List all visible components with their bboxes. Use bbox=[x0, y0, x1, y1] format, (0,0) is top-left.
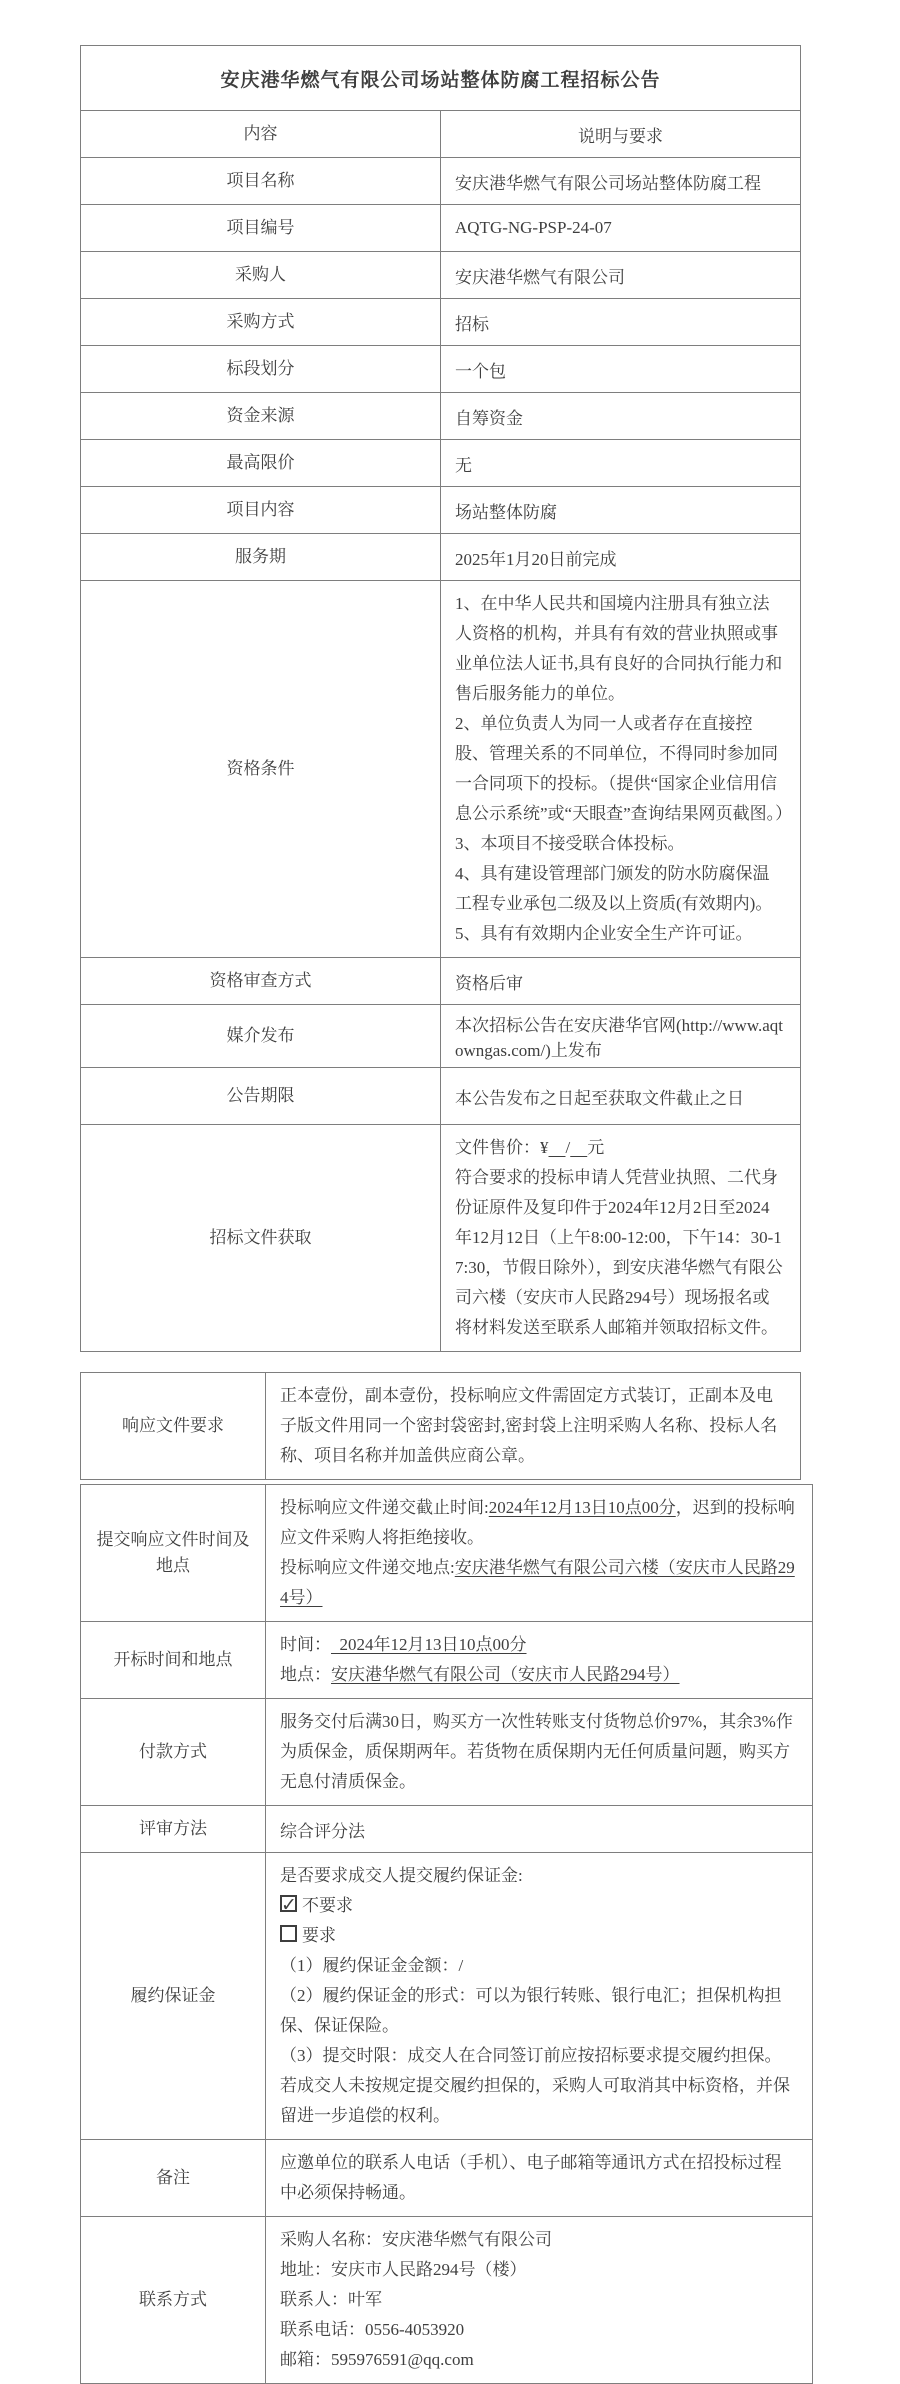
row-value: 自筹资金 bbox=[441, 393, 801, 440]
text-segment: 联系电话：0556-4053920 bbox=[280, 2320, 464, 2339]
text-segment: 是否要求成交人提交履约保证金: bbox=[280, 1866, 523, 1885]
row-label: 公告期限 bbox=[81, 1068, 441, 1125]
row-remarks: 备注 应邀单位的联系人电话（手机）、电子邮箱等通讯方式在招投标过程中必须保持畅通… bbox=[81, 2140, 813, 2217]
row-service-period: 服务期 2025年1月20日前完成 bbox=[81, 534, 801, 581]
row-contact: 联系方式 采购人名称：安庆港华燃气有限公司地址：安庆市人民路294号（楼）联系人… bbox=[81, 2217, 813, 2384]
paragraph: 文件售价：¥ / 元 bbox=[455, 1133, 786, 1163]
row-value: 时间： 2024年12月13日10点00分地点：安庆港华燃气有限公司（安庆市人民… bbox=[266, 1622, 813, 1699]
paragraph: （2）履约保证金的形式：可以为银行转账、银行电汇；担保机构担保、保证保险。 bbox=[280, 1981, 798, 2041]
text-segment: （2）履约保证金的形式：可以为银行转账、银行电汇；担保机构担保、保证保险。 bbox=[280, 1986, 782, 2035]
row-label: 采购人 bbox=[81, 252, 441, 299]
row-label: 媒介发布 bbox=[81, 1005, 441, 1068]
text-segment: 投标响应文件递交截止时间: bbox=[280, 1498, 489, 1517]
row-label: 采购方式 bbox=[81, 299, 441, 346]
paragraph: 4、具有建设管理部门颁发的防水防腐保温工程专业承包二级及以上资质(有效期内)。 bbox=[455, 859, 786, 919]
row-label: 资格条件 bbox=[81, 581, 441, 958]
row-value: 综合评分法 bbox=[266, 1806, 813, 1853]
text-segment: 1、在中华人民共和国境内注册具有独立法人资格的机构，并具有有效的营业执照或事业单… bbox=[455, 594, 782, 703]
row-label: 付款方式 bbox=[81, 1699, 266, 1806]
paragraph: 联系电话：0556-4053920 bbox=[280, 2315, 798, 2345]
text-segment: 2024年12月13日10点00分 bbox=[331, 1635, 527, 1654]
row-value: 安庆港华燃气有限公司场站整体防腐工程 bbox=[441, 158, 801, 205]
response-file-table: 响应文件要求 正本壹份，副本壹份，投标响应文件需固定方式装订，正副本及电子版文件… bbox=[80, 1372, 801, 1480]
text-segment: 文件售价：¥ bbox=[455, 1138, 549, 1157]
paragraph: 3、本项目不接受联合体投标。 bbox=[455, 829, 786, 859]
text-segment: 2、单位负责人为同一人或者存在直接控股、管理关系的不同单位，不得同时参加同一合同… bbox=[455, 714, 792, 823]
row-purchaser: 采购人 安庆港华燃气有限公司 bbox=[81, 252, 801, 299]
header-value-column: 说明与要求 bbox=[441, 111, 801, 158]
row-label: 项目编号 bbox=[81, 205, 441, 252]
row-label: 响应文件要求 bbox=[81, 1373, 266, 1480]
title-row: 安庆港华燃气有限公司场站整体防腐工程招标公告 bbox=[81, 46, 801, 111]
paragraph: 地址：安庆市人民路294号（楼） bbox=[280, 2255, 798, 2285]
row-label: 资金来源 bbox=[81, 393, 441, 440]
row-value: 本次招标公告在安庆港华官网(http://www.aqtowngas.com/)… bbox=[441, 1005, 801, 1068]
row-submission-time-place: 提交响应文件时间及地点 投标响应文件递交截止时间:2024年12月13日10点0… bbox=[81, 1485, 813, 1622]
row-label: 备注 bbox=[81, 2140, 266, 2217]
row-project-number: 项目编号 AQTG-NG-PSP-24-07 bbox=[81, 205, 801, 252]
row-lot-division: 标段划分 一个包 bbox=[81, 346, 801, 393]
row-qualification-review: 资格审查方式 资格后审 bbox=[81, 958, 801, 1005]
row-bid-opening: 开标时间和地点 时间： 2024年12月13日10点00分地点：安庆港华燃气有限… bbox=[81, 1622, 813, 1699]
row-label: 项目内容 bbox=[81, 487, 441, 534]
paragraph: （3）提交时限：成交人在合同签订前应按招标要求提交履约担保。若成交人未按规定提交… bbox=[280, 2041, 798, 2131]
text-segment: （3）提交时限：成交人在合同签订前应按招标要求提交履约担保。若成交人未按规定提交… bbox=[280, 2046, 790, 2125]
text-segment: 联系人：叶军 bbox=[280, 2290, 382, 2309]
paragraph: 联系人：叶军 bbox=[280, 2285, 798, 2315]
paragraph: 符合要求的投标申请人凭营业执照、二代身份证原件及复印件于2024年12月2日至2… bbox=[455, 1163, 786, 1343]
row-value: 2025年1月20日前完成 bbox=[441, 534, 801, 581]
row-label: 招标文件获取 bbox=[81, 1125, 441, 1352]
row-value: AQTG-NG-PSP-24-07 bbox=[441, 205, 801, 252]
document-sheet: 安庆港华燃气有限公司场站整体防腐工程招标公告 内容 说明与要求 项目名称 安庆港… bbox=[0, 0, 900, 2384]
text-segment: 元 bbox=[587, 1138, 604, 1157]
row-label: 项目名称 bbox=[81, 158, 441, 205]
row-value: 招标 bbox=[441, 299, 801, 346]
header-label-column: 内容 bbox=[81, 111, 441, 158]
row-value: 本公告发布之日起至获取文件截止之日 bbox=[441, 1068, 801, 1125]
row-value: 无 bbox=[441, 440, 801, 487]
paragraph: 地点：安庆港华燃气有限公司（安庆市人民路294号） bbox=[280, 1660, 798, 1690]
row-label: 履约保证金 bbox=[81, 1853, 266, 2140]
row-value: 采购人名称：安庆港华燃气有限公司地址：安庆市人民路294号（楼）联系人：叶军联系… bbox=[266, 2217, 813, 2384]
text-segment: 服务交付后满30日，购买方一次性转账支付货物总价97%，其余3%作为质保金，质保… bbox=[280, 1712, 793, 1791]
paragraph: （1）履约保证金金额：/ bbox=[280, 1951, 798, 1981]
text-segment: 安庆港华燃气有限公司（安庆市人民路294号） bbox=[331, 1665, 680, 1684]
text-segment: 地点： bbox=[280, 1665, 331, 1684]
paragraph: 邮箱：595976591@qq.com bbox=[280, 2345, 798, 2375]
tender-info-table: 安庆港华燃气有限公司场站整体防腐工程招标公告 内容 说明与要求 项目名称 安庆港… bbox=[80, 45, 801, 1352]
submission-table: 提交响应文件时间及地点 投标响应文件递交截止时间:2024年12月13日10点0… bbox=[80, 1484, 813, 2384]
paragraph: 投标响应文件递交地点:安庆港华燃气有限公司六楼（安庆市人民路294号） bbox=[280, 1553, 798, 1613]
row-max-price: 最高限价 无 bbox=[81, 440, 801, 487]
row-value: 安庆港华燃气有限公司 bbox=[441, 252, 801, 299]
row-project-content: 项目内容 场站整体防腐 bbox=[81, 487, 801, 534]
row-label: 联系方式 bbox=[81, 2217, 266, 2384]
text-segment: （1）履约保证金金额：/ bbox=[280, 1956, 463, 1975]
row-document-acquisition: 招标文件获取 文件售价：¥ / 元符合要求的投标申请人凭营业执照、二代身份证原件… bbox=[81, 1125, 801, 1352]
header-row: 内容 说明与要求 bbox=[81, 111, 801, 158]
row-label: 资格审查方式 bbox=[81, 958, 441, 1005]
row-project-name: 项目名称 安庆港华燃气有限公司场站整体防腐工程 bbox=[81, 158, 801, 205]
text-segment: 应邀单位的联系人电话（手机）、电子邮箱等通讯方式在招投标过程中必须保持畅通。 bbox=[280, 2153, 782, 2202]
row-procurement-method: 采购方式 招标 bbox=[81, 299, 801, 346]
paragraph: 不要求 bbox=[280, 1891, 798, 1921]
document-title: 安庆港华燃气有限公司场站整体防腐工程招标公告 bbox=[81, 46, 801, 111]
text-segment: 2024年12月13日10点00分 bbox=[489, 1498, 676, 1517]
text-segment bbox=[570, 1138, 587, 1157]
text-segment bbox=[549, 1138, 566, 1157]
paragraph: 服务交付后满30日，购买方一次性转账支付货物总价97%，其余3%作为质保金，质保… bbox=[280, 1707, 798, 1797]
paragraph: 采购人名称：安庆港华燃气有限公司 bbox=[280, 2225, 798, 2255]
row-funding-source: 资金来源 自筹资金 bbox=[81, 393, 801, 440]
row-media-release: 媒介发布 本次招标公告在安庆港华官网(http://www.aqtowngas.… bbox=[81, 1005, 801, 1068]
paragraph: 1、在中华人民共和国境内注册具有独立法人资格的机构，并具有有效的营业执照或事业单… bbox=[455, 589, 786, 709]
text-segment: 要求 bbox=[302, 1926, 336, 1945]
row-value: 应邀单位的联系人电话（手机）、电子邮箱等通讯方式在招投标过程中必须保持畅通。 bbox=[266, 2140, 813, 2217]
row-label: 服务期 bbox=[81, 534, 441, 581]
row-value: 投标响应文件递交截止时间:2024年12月13日10点00分，迟到的投标响应文件… bbox=[266, 1485, 813, 1622]
paragraph: 5、具有有效期内企业安全生产许可证。 bbox=[455, 919, 786, 949]
row-payment-method: 付款方式 服务交付后满30日，购买方一次性转账支付货物总价97%，其余3%作为质… bbox=[81, 1699, 813, 1806]
paragraph: 时间： 2024年12月13日10点00分 bbox=[280, 1630, 798, 1660]
row-label: 开标时间和地点 bbox=[81, 1622, 266, 1699]
unchecked-checkbox-icon bbox=[280, 1925, 297, 1942]
paragraph: 投标响应文件递交截止时间:2024年12月13日10点00分，迟到的投标响应文件… bbox=[280, 1493, 798, 1553]
paragraph: 应邀单位的联系人电话（手机）、电子邮箱等通讯方式在招投标过程中必须保持畅通。 bbox=[280, 2148, 798, 2208]
row-announcement-period: 公告期限 本公告发布之日起至获取文件截止之日 bbox=[81, 1068, 801, 1125]
row-value: 场站整体防腐 bbox=[441, 487, 801, 534]
paragraph: 2、单位负责人为同一人或者存在直接控股、管理关系的不同单位，不得同时参加同一合同… bbox=[455, 709, 786, 829]
row-label: 最高限价 bbox=[81, 440, 441, 487]
row-response-file-requirements: 响应文件要求 正本壹份，副本壹份，投标响应文件需固定方式装订，正副本及电子版文件… bbox=[81, 1373, 801, 1480]
text-segment: 采购人名称：安庆港华燃气有限公司 bbox=[280, 2230, 552, 2249]
text-segment: 3、本项目不接受联合体投标。 bbox=[455, 834, 685, 853]
row-label: 评审方法 bbox=[81, 1806, 266, 1853]
text-segment: 投标响应文件递交地点: bbox=[280, 1558, 455, 1577]
row-label: 提交响应文件时间及地点 bbox=[81, 1485, 266, 1622]
text-segment: 地址：安庆市人民路294号（楼） bbox=[280, 2260, 527, 2279]
checked-checkbox-icon bbox=[280, 1895, 297, 1912]
text-segment: 不要求 bbox=[302, 1896, 353, 1915]
row-value: 正本壹份，副本壹份，投标响应文件需固定方式装订，正副本及电子版文件用同一个密封袋… bbox=[266, 1373, 801, 1480]
row-label: 标段划分 bbox=[81, 346, 441, 393]
text-segment: 邮箱：595976591@qq.com bbox=[280, 2350, 474, 2369]
row-value: 1、在中华人民共和国境内注册具有独立法人资格的机构，并具有有效的营业执照或事业单… bbox=[441, 581, 801, 958]
row-value: 文件售价：¥ / 元符合要求的投标申请人凭营业执照、二代身份证原件及复印件于20… bbox=[441, 1125, 801, 1352]
row-qualification: 资格条件 1、在中华人民共和国境内注册具有独立法人资格的机构，并具有有效的营业执… bbox=[81, 581, 801, 958]
text-segment: 4、具有建设管理部门颁发的防水防腐保温工程专业承包二级及以上资质(有效期内)。 bbox=[455, 864, 772, 913]
text-segment: 5、具有有效期内企业安全生产许可证。 bbox=[455, 924, 753, 943]
paragraph: 是否要求成交人提交履约保证金: bbox=[280, 1861, 798, 1891]
paragraph: 要求 bbox=[280, 1921, 798, 1951]
row-performance-bond: 履约保证金 是否要求成交人提交履约保证金:不要求要求（1）履约保证金金额：/（2… bbox=[81, 1853, 813, 2140]
paragraph: 正本壹份，副本壹份，投标响应文件需固定方式装订，正副本及电子版文件用同一个密封袋… bbox=[280, 1381, 786, 1471]
row-value: 是否要求成交人提交履约保证金:不要求要求（1）履约保证金金额：/（2）履约保证金… bbox=[266, 1853, 813, 2140]
row-value: 一个包 bbox=[441, 346, 801, 393]
row-value: 服务交付后满30日，购买方一次性转账支付货物总价97%，其余3%作为质保金，质保… bbox=[266, 1699, 813, 1806]
text-segment: 时间： bbox=[280, 1635, 331, 1654]
table-gap bbox=[80, 1352, 900, 1372]
row-evaluation-method: 评审方法 综合评分法 bbox=[81, 1806, 813, 1853]
text-segment: 符合要求的投标申请人凭营业执照、二代身份证原件及复印件于2024年12月2日至2… bbox=[455, 1168, 783, 1337]
text-segment: 正本壹份，副本壹份，投标响应文件需固定方式装订，正副本及电子版文件用同一个密封袋… bbox=[280, 1386, 777, 1465]
row-value: 资格后审 bbox=[441, 958, 801, 1005]
